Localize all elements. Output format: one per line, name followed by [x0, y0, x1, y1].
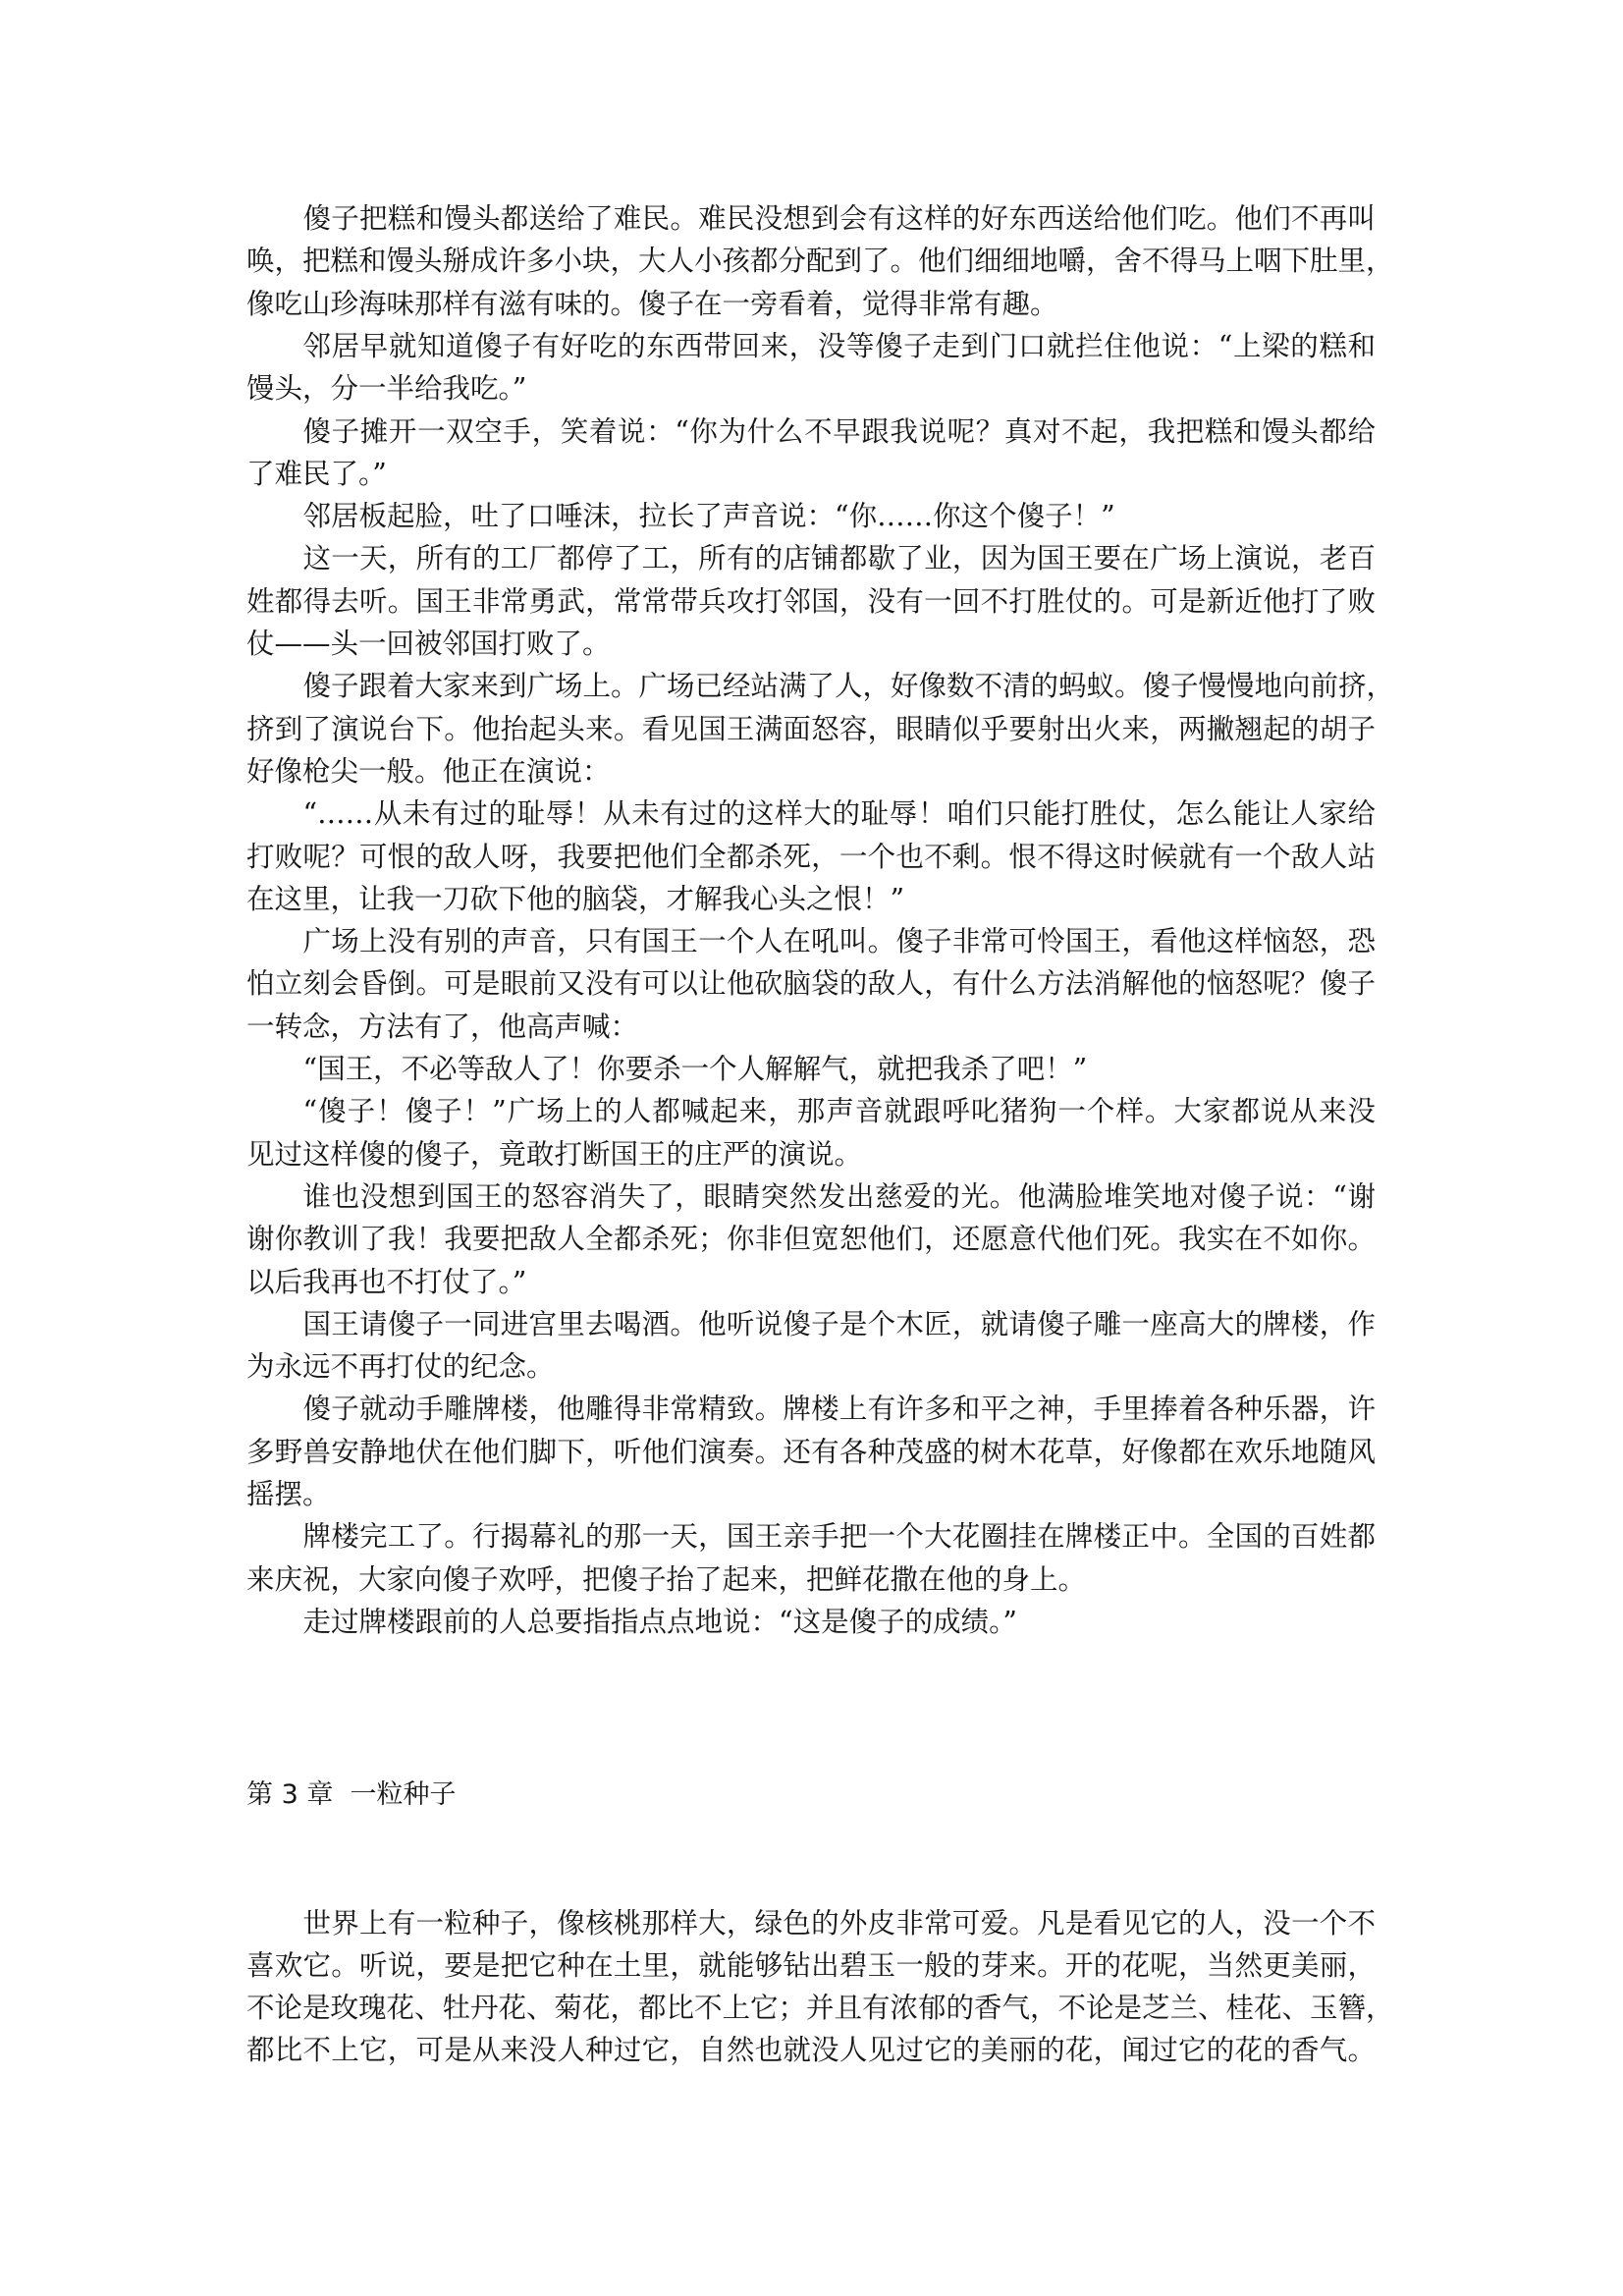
text-line: 世界上有一粒种子，像核桃那样大，绿色的外皮非常可爱。凡是看见它的人，没一个不 [246, 1902, 1376, 1944]
text-line: 国王请傻子一同进宫里去喝酒。他听说傻子是个木匠，就请傻子雕一座高大的牌楼，作 [246, 1303, 1376, 1345]
text-line: 谁也没想到国王的怒容消失了，眼睛突然发出慈爱的光。他满脸堆笑地对傻子说：“谢 [246, 1175, 1376, 1218]
text-line: 傻子把糕和馒头都送给了难民。难民没想到会有这样的好东西送给他们吃。他们不再叫 [246, 197, 1376, 240]
text-line: 怕立刻会昏倒。可是眼前又没有可以让他砍脑袋的敌人，有什么方法消解他的恼怒呢？傻子 [246, 962, 1376, 1005]
text-line: 牌楼完工了。行揭幕礼的那一天，国王亲手把一个大花圈挂在牌楼正中。全国的百姓都 [246, 1515, 1376, 1558]
text-line: 傻子跟着大家来到广场上。广场已经站满了人，好像数不清的蚂蚁。傻子慢慢地向前挤， [246, 665, 1376, 707]
text-line: 邻居板起脸，吐了口唾沫，拉长了声音说：“你……你这个傻子！” [246, 495, 1376, 537]
text-line: 傻子就动手雕牌楼，他雕得非常精致。牌楼上有许多和平之神，手里捧着各种乐器，许 [246, 1388, 1376, 1430]
text-line: 了难民了。” [246, 453, 1376, 495]
text-line: 像吃山珍海味那样有滋有味的。傻子在一旁看着，觉得非常有趣。 [246, 283, 1376, 325]
text-line: 见过这样傻的傻子，竟敢打断国王的庄严的演说。 [246, 1133, 1376, 1175]
text-line: 挤到了演说台下。他抬起头来。看见国王满面怒容，眼睛似乎要射出火来，两撇翘起的胡子 [246, 708, 1376, 750]
chapter-heading: 第 3 章 一粒种子 [246, 1774, 457, 1816]
text-line: 来庆祝，大家向傻子欢呼，把傻子抬了起来，把鲜花撒在他的身上。 [246, 1558, 1376, 1601]
text-line: 馒头，分一半给我吃。” [246, 367, 1376, 410]
text-line: 以后我再也不打仗了。” [246, 1261, 1376, 1303]
text-line: 摇摆。 [246, 1473, 1376, 1515]
text-line: 都比不上它，可是从来没人种过它，自然也就没人见过它的美丽的花，闻过它的花的香气。 [246, 2029, 1376, 2071]
text-line: 广场上没有别的声音，只有国王一个人在吼叫。傻子非常可怜国王，看他这样恼怒，恐 [246, 920, 1376, 962]
text-line: 喜欢它。听说，要是把它种在土里，就能够钻出碧玉一般的芽来。开的花呢，当然更美丽， [246, 1944, 1376, 1987]
document-page: 傻子把糕和馒头都送给了难民。难民没想到会有这样的好东西送给他们吃。他们不再叫唤，… [0, 0, 1623, 2296]
text-line: 傻子摊开一双空手，笑着说：“你为什么不早跟我说呢？真对不起，我把糕和馒头都给 [246, 410, 1376, 453]
text-line: 好像枪尖一般。他正在演说： [246, 750, 1376, 793]
text-line: “国王，不必等敌人了！你要杀一个人解解气，就把我杀了吧！” [246, 1048, 1376, 1090]
text-line: 多野兽安静地伏在他们脚下，听他们演奏。还有各种茂盛的树木花草，好像都在欢乐地随风 [246, 1431, 1376, 1473]
text-line: 为永远不再打仗的纪念。 [246, 1345, 1376, 1388]
text-line: 谢你教训了我！我要把敌人全都杀死；你非但宽恕他们，还愿意代他们死。我实在不如你。 [246, 1218, 1376, 1260]
text-line: 不论是玫瑰花、牡丹花、菊花，都比不上它；并且有浓郁的香气，不论是芝兰、桂花、玉簪… [246, 1987, 1376, 2029]
text-line: 这一天，所有的工厂都停了工，所有的店铺都歇了业，因为国王要在广场上演说，老百 [246, 537, 1376, 579]
text-line: 仗——头一回被邻国打败了。 [246, 623, 1376, 665]
text-line: 走过牌楼跟前的人总要指指点点地说：“这是傻子的成绩。” [246, 1601, 1376, 1643]
text-line: 姓都得去听。国王非常勇武，常常带兵攻打邻国，没有一回不打胜仗的。可是新近他打了败 [246, 580, 1376, 623]
text-line: 一转念，方法有了，他高声喊： [246, 1006, 1376, 1048]
text-line: 唤，把糕和馒头掰成许多小块，大人小孩都分配到了。他们细细地嚼，舍不得马上咽下肚里… [246, 240, 1376, 282]
text-line: 邻居早就知道傻子有好吃的东西带回来，没等傻子走到门口就拦住他说：“上梁的糕和 [246, 325, 1376, 367]
text-line: 打败呢？可恨的敌人呀，我要把他们全都杀死，一个也不剩。恨不得这时候就有一个敌人站 [246, 836, 1376, 878]
text-line: “傻子！傻子！”广场上的人都喊起来，那声音就跟呼叱猪狗一个样。大家都说从来没 [246, 1090, 1376, 1132]
text-line: 在这里，让我一刀砍下他的脑袋，才解我心头之恨！” [246, 878, 1376, 920]
text-line: “……从未有过的耻辱！从未有过的这样大的耻辱！咱们只能打胜仗，怎么能让人家给 [246, 793, 1376, 835]
